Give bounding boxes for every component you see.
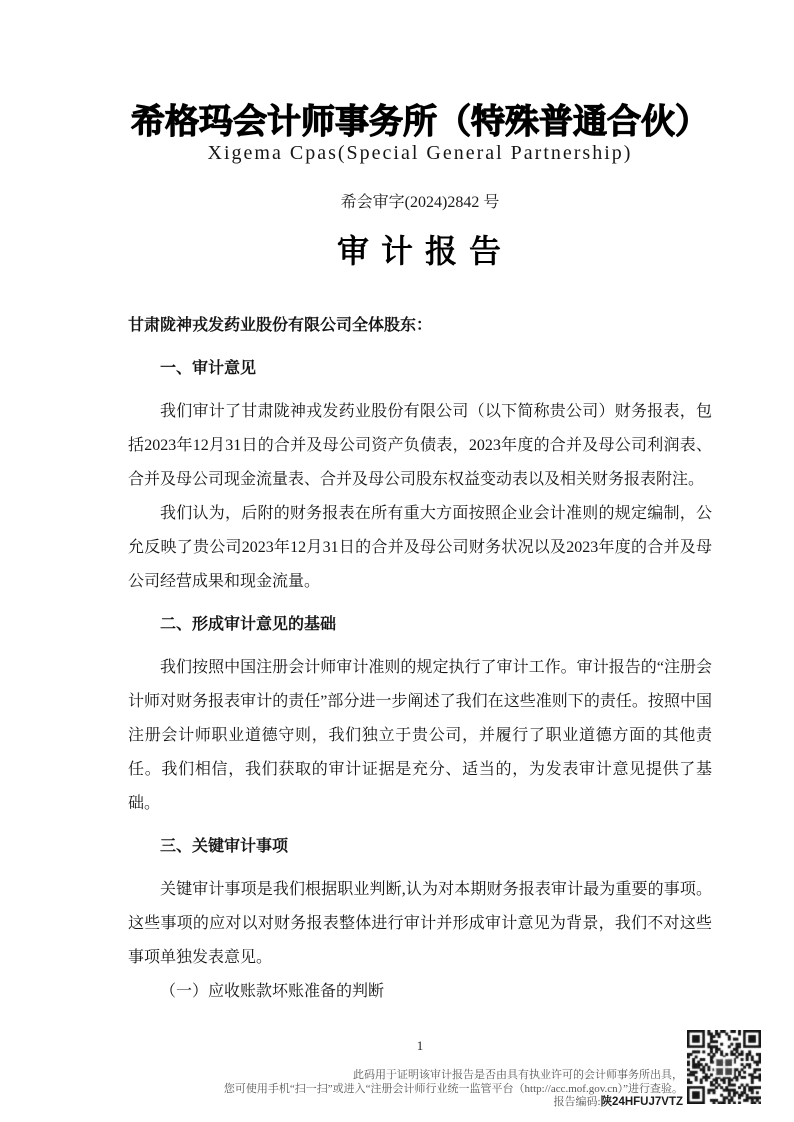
report-code-line: 报告编码:陕24HFUJ7VTZ	[213, 1096, 683, 1110]
salutation: 甘肃陇神戎发药业股份有限公司全体股东：	[128, 309, 712, 343]
report-code-label: 报告编码:	[554, 1096, 601, 1108]
section-heading-basis-for-opinion: 二、形成审计意见的基础	[128, 608, 712, 642]
audit-report-page: 希格玛会计师事务所（特殊普通合伙） Xigema Cpas(Special Ge…	[0, 0, 794, 1122]
paragraph-audit-scope: 我们审计了甘肃陇神戎发药业股份有限公司（以下简称贵公司）财务报表，包括2023年…	[128, 395, 712, 497]
paragraph-basis-for-opinion: 我们按照中国注册会计师审计准则的规定执行了审计工作。审计报告的“注册会计师对财务…	[128, 651, 712, 821]
report-title: 审 计 报 告	[128, 226, 712, 272]
verification-note-line2: 您可使用手机“扫一扫”或进入“注册会计师行业统一监管平台（http://acc.…	[213, 1083, 683, 1097]
firm-name-english: Xigema Cpas(Special General Partnership)	[128, 142, 712, 165]
qr-code	[687, 1030, 761, 1104]
page-number: 1	[128, 1038, 712, 1054]
section-heading-key-audit-matters: 三、关键审计事项	[128, 830, 712, 864]
report-body: 甘肃陇神戎发药业股份有限公司全体股东： 一、审计意见 我们审计了甘肃陇神戎发药业…	[128, 309, 712, 1009]
verification-note: 此码用于证明该审计报告是否由具有执业许可的会计师事务所出具， 您可使用手机“扫一…	[213, 1069, 683, 1110]
report-code-value: 陕24HFUJ7VTZ	[601, 1096, 683, 1108]
section-heading-audit-opinion: 一、审计意见	[128, 352, 712, 386]
verification-note-line1: 此码用于证明该审计报告是否由具有执业许可的会计师事务所出具，	[213, 1069, 683, 1083]
paragraph-key-audit-matters: 关键审计事项是我们根据职业判断,认为对本期财务报表审计最为重要的事项。这些事项的…	[128, 873, 712, 975]
paragraph-audit-opinion: 我们认为，后附的财务报表在所有重大方面按照企业会计准则的规定编制，公允反映了贵公…	[128, 497, 712, 599]
firm-name-chinese: 希格玛会计师事务所（特殊普通合伙）	[128, 94, 712, 143]
document-reference-number: 希会审字(2024)2842 号	[128, 189, 712, 212]
sub-heading-receivables-bad-debt: （一）应收账款坏账准备的判断	[128, 975, 712, 1009]
